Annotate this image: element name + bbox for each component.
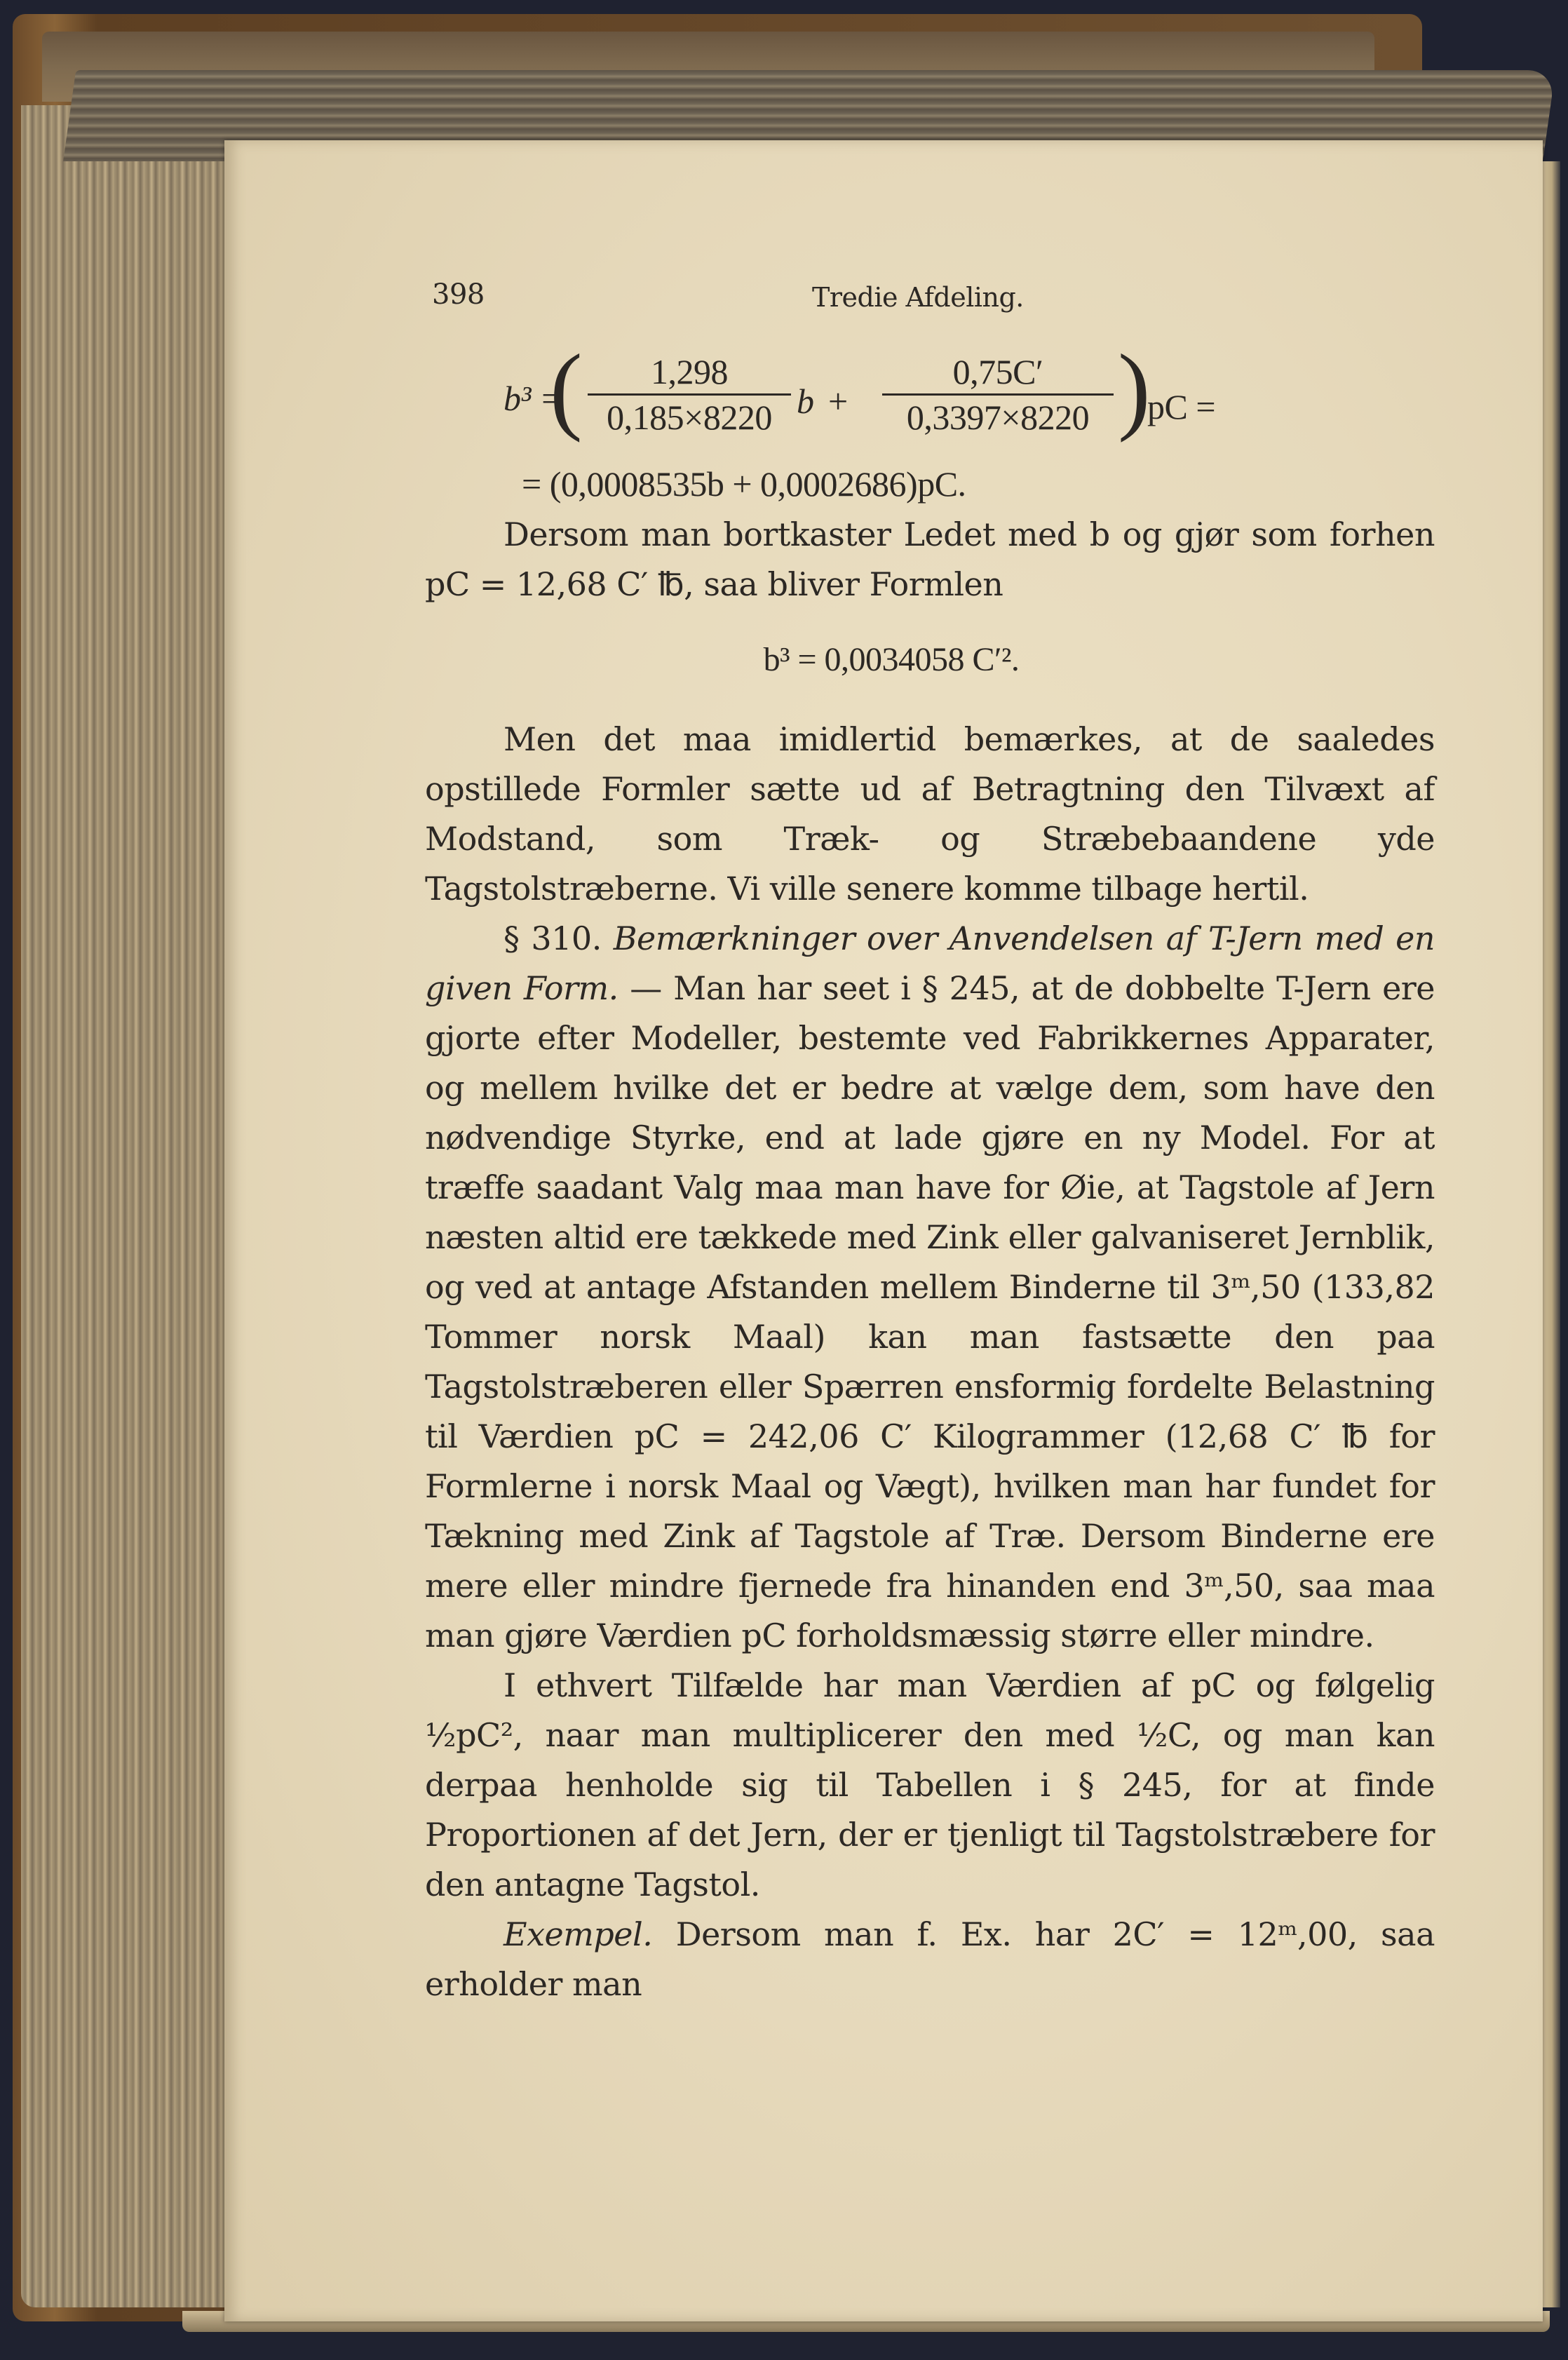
example-paragraph: Exempel. Dersom man f. Ex. har 2C′ = 12ᵐ… (425, 1910, 1435, 2009)
plus-sign: + (828, 377, 848, 426)
fraction-2-numerator: 0,75C′ (882, 354, 1114, 393)
paragraph-1: Dersom man bortkaster Ledet med b og gjø… (425, 510, 1435, 609)
formula-main: b³ = ( 1,298 0,185×8220 b + 0,75C′ 0,339… (425, 340, 1435, 452)
page-text: 398 Tredie Afdeling. b³ = ( 1,298 0,185×… (425, 270, 1435, 2009)
paren-close: ) (1118, 340, 1150, 438)
page-number: 398 (432, 270, 485, 320)
fraction-1-denominator: 0,185×8220 (588, 393, 791, 435)
formula-result: = (0,0008535b + 0,0002686)pC. (425, 459, 1435, 510)
fraction-1-numerator: 1,298 (588, 354, 791, 393)
formula-tail: pC = (1147, 382, 1215, 432)
fraction-2-denominator: 0,3397×8220 (882, 393, 1114, 435)
running-title: Tredie Afdeling. (812, 273, 1024, 323)
paragraph-2: Men det maa imidlertid bemærkes, at de s… (425, 715, 1435, 914)
formula-simple: b³ = 0,0034058 C′². (425, 635, 1435, 691)
section-body: — Man har seet i § 245, at de dobbelte T… (425, 969, 1435, 1654)
paragraph-3: I ethvert Tilfælde har man Værdien af pC… (425, 1661, 1435, 1910)
section-310: § 310. Bemærkninger over Anvendelsen af … (425, 914, 1435, 1661)
paren-open: ( (550, 340, 582, 438)
variable-b: b (797, 377, 814, 426)
example-label: Exempel. (503, 1915, 652, 1953)
fraction-2: 0,75C′ 0,3397×8220 (882, 354, 1114, 435)
book-scan: 398 Tredie Afdeling. b³ = ( 1,298 0,185×… (0, 0, 1568, 2360)
running-head: 398 Tredie Afdeling. (425, 270, 1435, 312)
page-stack-left (21, 105, 231, 2307)
section-number: § 310. (503, 919, 602, 957)
fraction-1: 1,298 0,185×8220 (588, 354, 791, 435)
